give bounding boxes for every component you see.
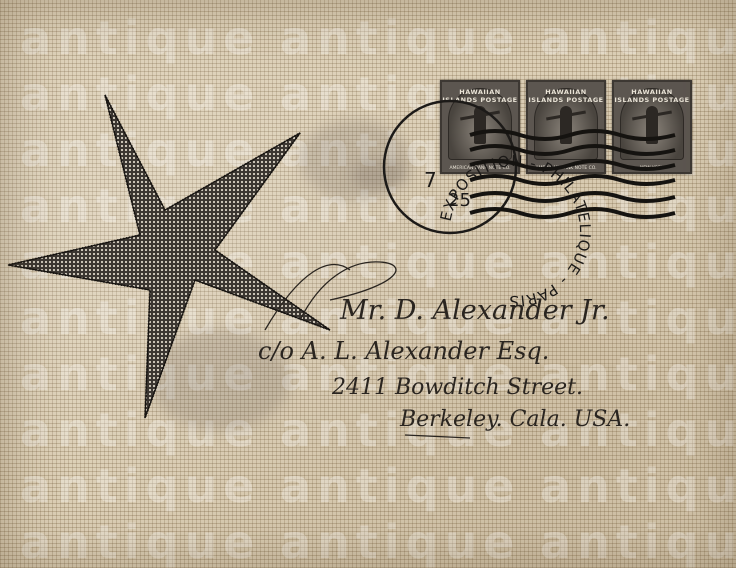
- handwriting-flourish: [0, 0, 736, 568]
- address-line-2: c/o A. L. Alexander Esq.: [258, 337, 549, 365]
- address-line-3: 2411 Bowditch Street.: [332, 375, 583, 400]
- address-line-1: Mr. D. Alexander Jr.: [340, 295, 610, 326]
- burlap-background: antiqueantiqueantiqueantiqueantiqueantiq…: [0, 0, 736, 568]
- address-line-4: Berkeley. Cala. USA.: [400, 407, 630, 432]
